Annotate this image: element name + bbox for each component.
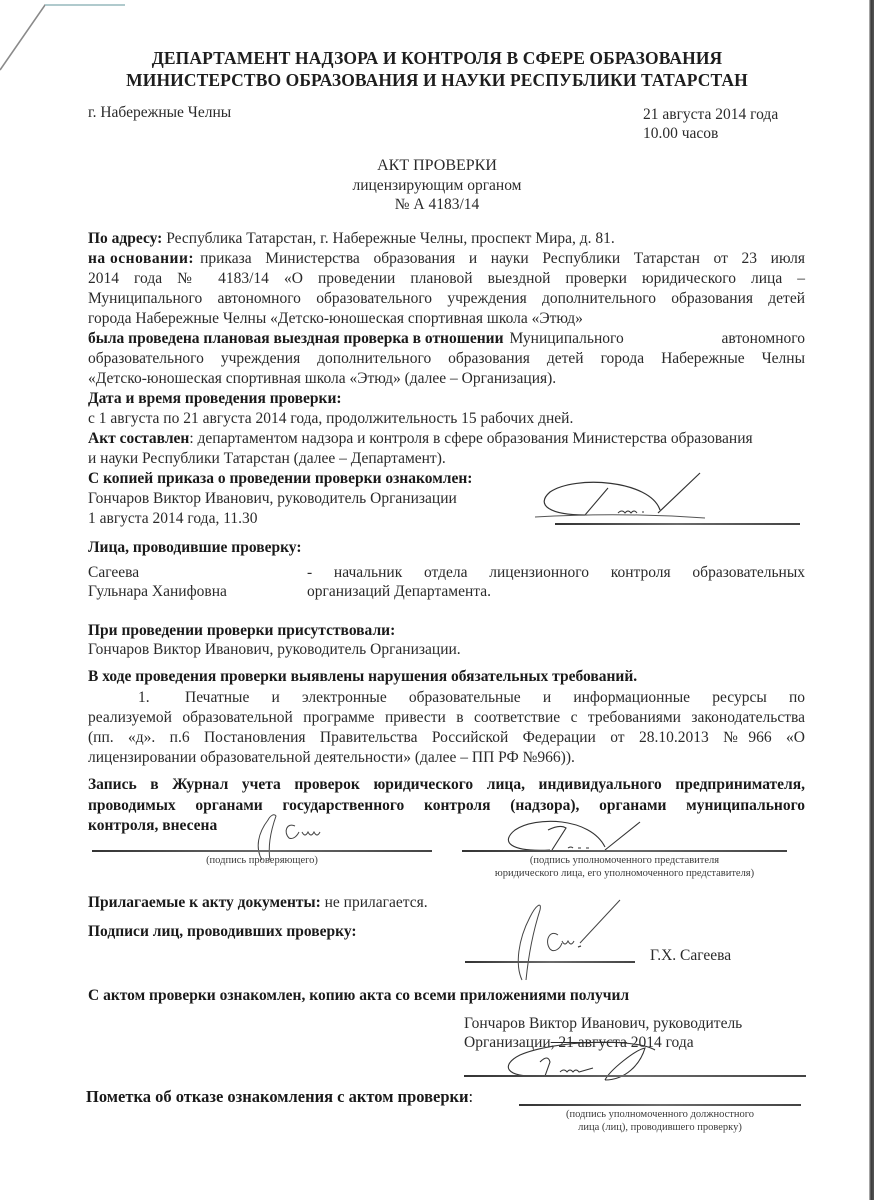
signature-line-inspector bbox=[92, 850, 432, 852]
signature-line-representative bbox=[462, 850, 787, 852]
address-row: По адресу: Республика Татарстан, г. Набе… bbox=[88, 229, 615, 249]
datetime-label: Дата и время проведения проверки: bbox=[88, 389, 342, 409]
compiled-label: Акт составлен bbox=[88, 429, 189, 449]
inspector-signature-name: Г.Х. Сагеева bbox=[650, 946, 731, 966]
journal-line-1: Запись в Журнал учета проверок юридическ… bbox=[88, 775, 805, 795]
refusal-label: Пометка об отказе ознакомления с актом п… bbox=[86, 1087, 469, 1106]
inspectors-label: Лица, проводившие проверку: bbox=[88, 538, 302, 558]
refusal-caption-2: лица (лиц), проводившего проверку) bbox=[519, 1121, 801, 1134]
city-label: г. Набережные Челны bbox=[88, 103, 231, 123]
journal-line-3: контроля, внесена bbox=[88, 816, 217, 836]
basis-label: на основании: bbox=[88, 249, 194, 269]
present-value: Гончаров Виктор Иванович, руководитель О… bbox=[88, 640, 461, 660]
refusal-caption-1: (подпись уполномоченного должностного bbox=[519, 1108, 801, 1121]
inspector-given-name: Гульнара Ханифовна bbox=[88, 582, 227, 602]
caption-representative-signature-2: юридического лица, его уполномоченного п… bbox=[462, 867, 787, 880]
violation-line-3: (пп. «д». п.6 Постановления Правительств… bbox=[88, 728, 805, 748]
signature-line-received bbox=[464, 1075, 806, 1077]
attachments-label: Прилагаемые к акту документы: bbox=[88, 894, 321, 911]
basis-line-1: приказа Министерства образования и науки… bbox=[200, 249, 805, 269]
signature-goncharov-1 bbox=[530, 470, 710, 530]
act-subtitle: лицензирующим органом bbox=[0, 177, 874, 195]
act-number: № А 4183/14 bbox=[0, 196, 874, 214]
caption-representative-signature-1: (подпись уполномоченного представителя bbox=[462, 854, 787, 867]
inspection-line-2: образовательного учреждения дополнительн… bbox=[88, 349, 805, 369]
act-date: 21 августа 2014 года bbox=[643, 105, 778, 125]
inspection-line-3: «Детско-юношеская спортивная школа «Этюд… bbox=[88, 369, 556, 389]
inspector-surname: Сагеева bbox=[88, 563, 139, 583]
order-copy-label: С копией приказа о проведении проверки о… bbox=[88, 469, 472, 489]
signature-line-order-copy bbox=[555, 523, 800, 525]
basis-row-1: на основании: приказа Министерства образ… bbox=[88, 249, 805, 269]
violation-line-2: реализуемой образовательной программе пр… bbox=[88, 708, 805, 728]
signature-line-sageeva bbox=[465, 961, 635, 963]
basis-line-3: Муниципального автономного образовательн… bbox=[88, 289, 805, 309]
basis-line-2: 2014 года № 4183/14 «О проведении планов… bbox=[88, 269, 805, 289]
refusal-label-row: Пометка об отказе ознакомления с актом п… bbox=[86, 1087, 473, 1107]
received-label: С актом проверки ознакомлен, копию акта … bbox=[88, 986, 629, 1006]
compiled-line-2: и науки Республики Татарстан (далее – Де… bbox=[88, 449, 446, 469]
inspection-row-1: была проведена плановая выездная проверк… bbox=[88, 329, 805, 349]
present-label: При проведении проверки присутствовали: bbox=[88, 621, 395, 641]
compiled-row-1: Акт составлен : департаментом надзора и … bbox=[88, 429, 805, 449]
order-copy-person: Гончаров Виктор Иванович, руководитель О… bbox=[88, 489, 457, 509]
compiled-line-1: : департаментом надзора и контроля в сфе… bbox=[189, 429, 752, 449]
violation-line-1: Печатные и электронные образовательные и… bbox=[185, 688, 805, 708]
violation-item-number: 1. bbox=[138, 688, 150, 708]
act-title: АКТ ПРОВЕРКИ bbox=[0, 157, 874, 175]
violations-label: В ходе проведения проверки выявлены нару… bbox=[88, 667, 637, 687]
address-value: Республика Татарстан, г. Набережные Челн… bbox=[166, 230, 615, 247]
inspector-signatures-label: Подписи лиц, проводивших проверку: bbox=[88, 922, 357, 942]
attachments-value: не прилагается. bbox=[325, 894, 428, 911]
signature-sageeva bbox=[500, 895, 640, 985]
attachments-row: Прилагаемые к акту документы: не прилага… bbox=[88, 893, 428, 913]
caption-inspector-signature: (подпись проверяющего) bbox=[92, 854, 432, 867]
act-time: 10.00 часов bbox=[643, 124, 718, 144]
inspection-line-1: Муниципального автономного bbox=[510, 329, 806, 349]
address-label: По адресу: bbox=[88, 230, 162, 247]
ministry-heading: МИНИСТЕРСТВО ОБРАЗОВАНИЯ И НАУКИ РЕСПУБЛ… bbox=[0, 70, 874, 91]
received-person-line-1: Гончаров Виктор Иванович, руководитель bbox=[464, 1014, 742, 1034]
inspector-role-line-1: - начальник отдела лицензионного контрол… bbox=[307, 563, 805, 583]
department-heading: ДЕПАРТАМЕНТ НАДЗОРА И КОНТРОЛЯ В СФЕРЕ О… bbox=[0, 48, 874, 69]
signature-goncharov-2 bbox=[495, 1040, 665, 1085]
inspection-label: была проведена плановая выездная проверк… bbox=[88, 329, 504, 349]
order-copy-datetime: 1 августа 2014 года, 11.30 bbox=[88, 509, 258, 529]
datetime-value: с 1 августа по 21 августа 2014 года, про… bbox=[88, 409, 573, 429]
refusal-signature-line bbox=[519, 1104, 801, 1106]
violation-line-4: лицензировании образовательной деятельно… bbox=[88, 748, 575, 768]
journal-line-2: проводимых органами государственного кон… bbox=[88, 796, 805, 816]
basis-line-4: города Набережные Челны «Детско-юношеска… bbox=[88, 309, 583, 329]
inspector-role-line-2: организаций Департамента. bbox=[307, 582, 491, 602]
